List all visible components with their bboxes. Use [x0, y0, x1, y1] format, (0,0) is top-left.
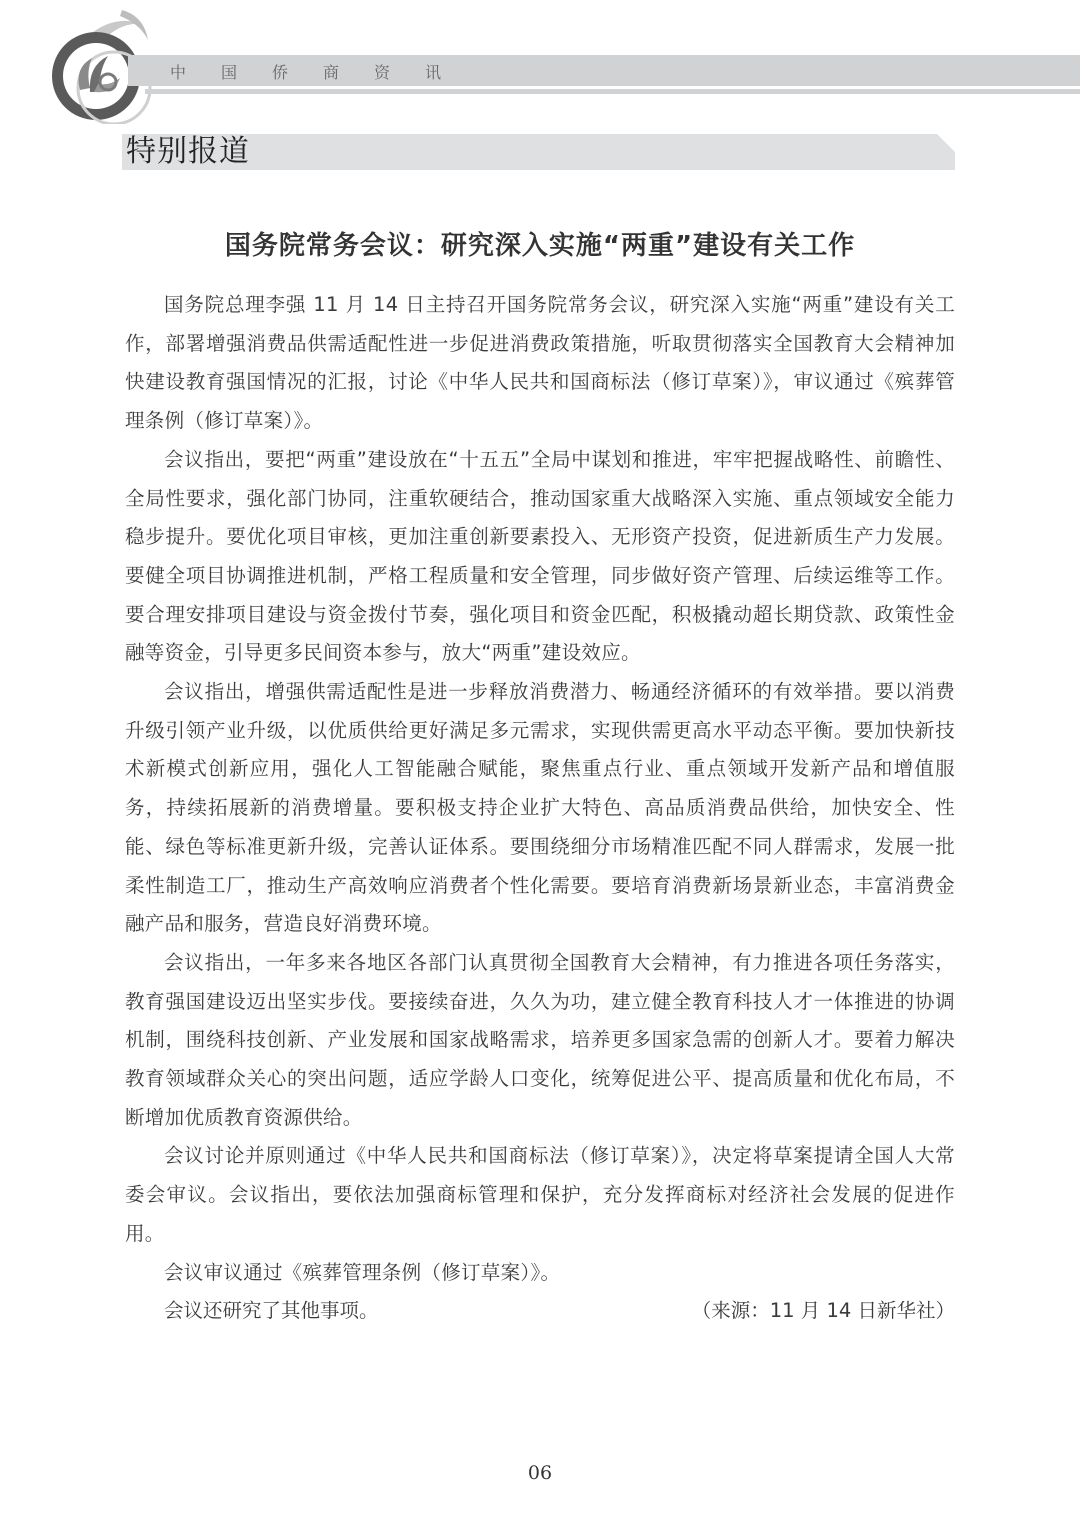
article-paragraph: 会议指出，要把“两重”建设放在“十五五”全局中谋划和推进，牢牢把握战略性、前瞻性… — [125, 441, 955, 673]
publication-char: 中 — [170, 60, 221, 84]
article-paragraph: 会议审议通过《殡葬管理条例（修订草案）》。 — [125, 1254, 955, 1293]
publication-char: 侨 — [272, 60, 323, 84]
header-divider — [145, 89, 1080, 94]
publication-char: 讯 — [425, 60, 476, 84]
closing-text: 会议还研究了其他事项。 — [164, 1292, 379, 1331]
article-body: 国务院总理李强 11 月 14 日主持召开国务院常务会议，研究深入实施“两重”建… — [125, 286, 955, 1331]
publication-name: 中 国 侨 商 资 讯 — [170, 60, 476, 84]
publication-char: 资 — [374, 60, 425, 84]
source-attribution: （来源：11 月 14 日新华社） — [692, 1292, 955, 1331]
closing-line: 会议还研究了其他事项。 （来源：11 月 14 日新华社） — [125, 1292, 955, 1331]
section-title: 特别报道 — [126, 133, 250, 171]
article-paragraph: 会议指出，增强供需适配性是进一步释放消费潜力、畅通经济循环的有效举措。要以消费升… — [125, 673, 955, 944]
publication-char: 国 — [221, 60, 272, 84]
page-number: 06 — [0, 1462, 1080, 1484]
publication-char: 商 — [323, 60, 374, 84]
article-paragraph: 会议讨论并原则通过《中华人民共和国商标法（修订草案）》，决定将草案提请全国人大常… — [125, 1137, 955, 1253]
article-title: 国务院常务会议：研究深入实施“两重”建设有关工作 — [0, 225, 1080, 262]
article-paragraph: 会议指出，一年多来各地区各部门认真贯彻全国教育大会精神，有力推进各项任务落实，教… — [125, 944, 955, 1138]
article-paragraph: 国务院总理李强 11 月 14 日主持召开国务院常务会议，研究深入实施“两重”建… — [125, 286, 955, 441]
